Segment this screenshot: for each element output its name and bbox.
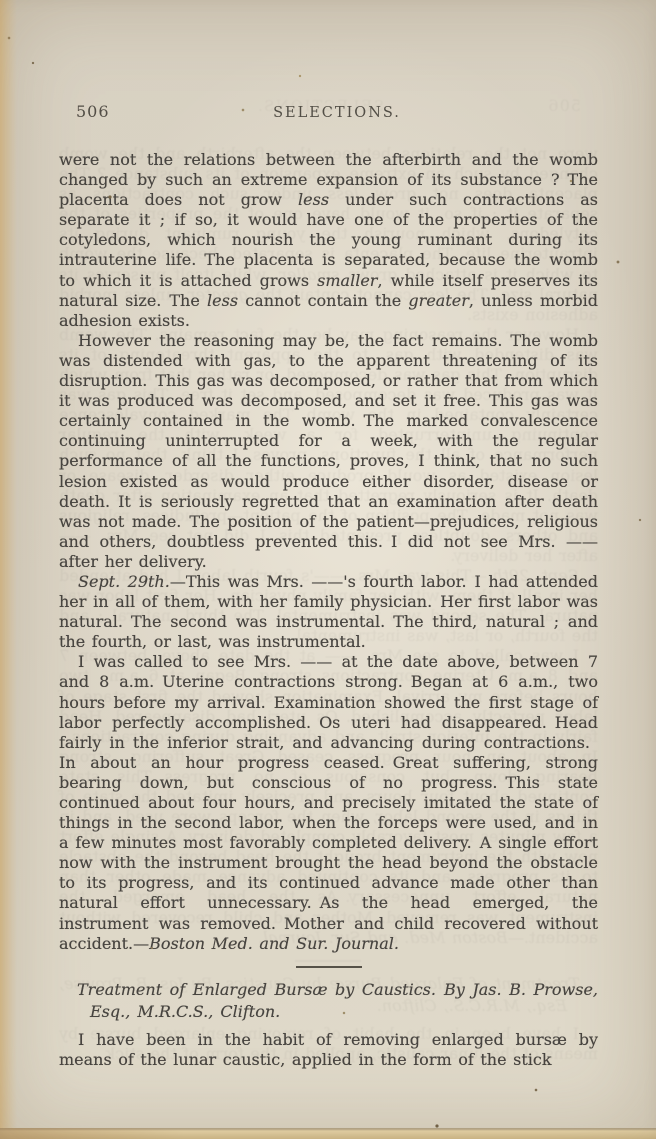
italic-run: Treatment of Enlarged Bursæ by Caustics.… xyxy=(77,980,598,1022)
article-bursae-heading: Treatment of Enlarged Bursæ by Caustics.… xyxy=(59,979,598,1024)
page-text-block: 506 SELECTIONS. were not the relations b… xyxy=(59,102,598,1070)
paragraph: I was called to see Mrs. —— at the date … xyxy=(59,652,598,953)
running-title: SELECTIONS. xyxy=(148,105,526,121)
italic-run: smaller xyxy=(317,271,377,290)
paragraph: I have been in the habit of removing enl… xyxy=(59,1030,598,1070)
text-run: However the reasoning may be, the fact r… xyxy=(59,331,598,571)
article-bursae-body: I have been in the habit of removing enl… xyxy=(59,1030,598,1070)
italic-run: greater xyxy=(408,291,468,310)
paragraph: However the reasoning may be, the fact r… xyxy=(59,331,598,572)
text-run: I was called to see Mrs. —— at the date … xyxy=(59,652,598,952)
paragraph: Sept. 29th.—This was Mrs. ——'s fourth la… xyxy=(59,572,598,652)
page-edge-bottom xyxy=(0,1128,656,1139)
page-edge-left xyxy=(0,0,17,1139)
text-run: I have been in the habit of removing enl… xyxy=(59,1030,598,1069)
italic-run: less xyxy=(298,190,329,209)
section-divider xyxy=(296,966,362,968)
italic-run: Sept. 29th. xyxy=(78,572,170,591)
paragraph: were not the relations between the after… xyxy=(59,150,598,331)
page-number: 506 xyxy=(59,102,148,121)
article-obstetric-body: were not the relations between the after… xyxy=(59,150,598,954)
italic-run: less xyxy=(207,291,238,310)
running-header: 506 SELECTIONS. xyxy=(59,102,598,121)
scanned-page: 506 SELECTIONS. were not the relations b… xyxy=(0,0,656,1139)
italic-run: Boston Med. and Sur. Journal. xyxy=(149,934,399,953)
text-run: cannot contain the xyxy=(238,291,408,310)
